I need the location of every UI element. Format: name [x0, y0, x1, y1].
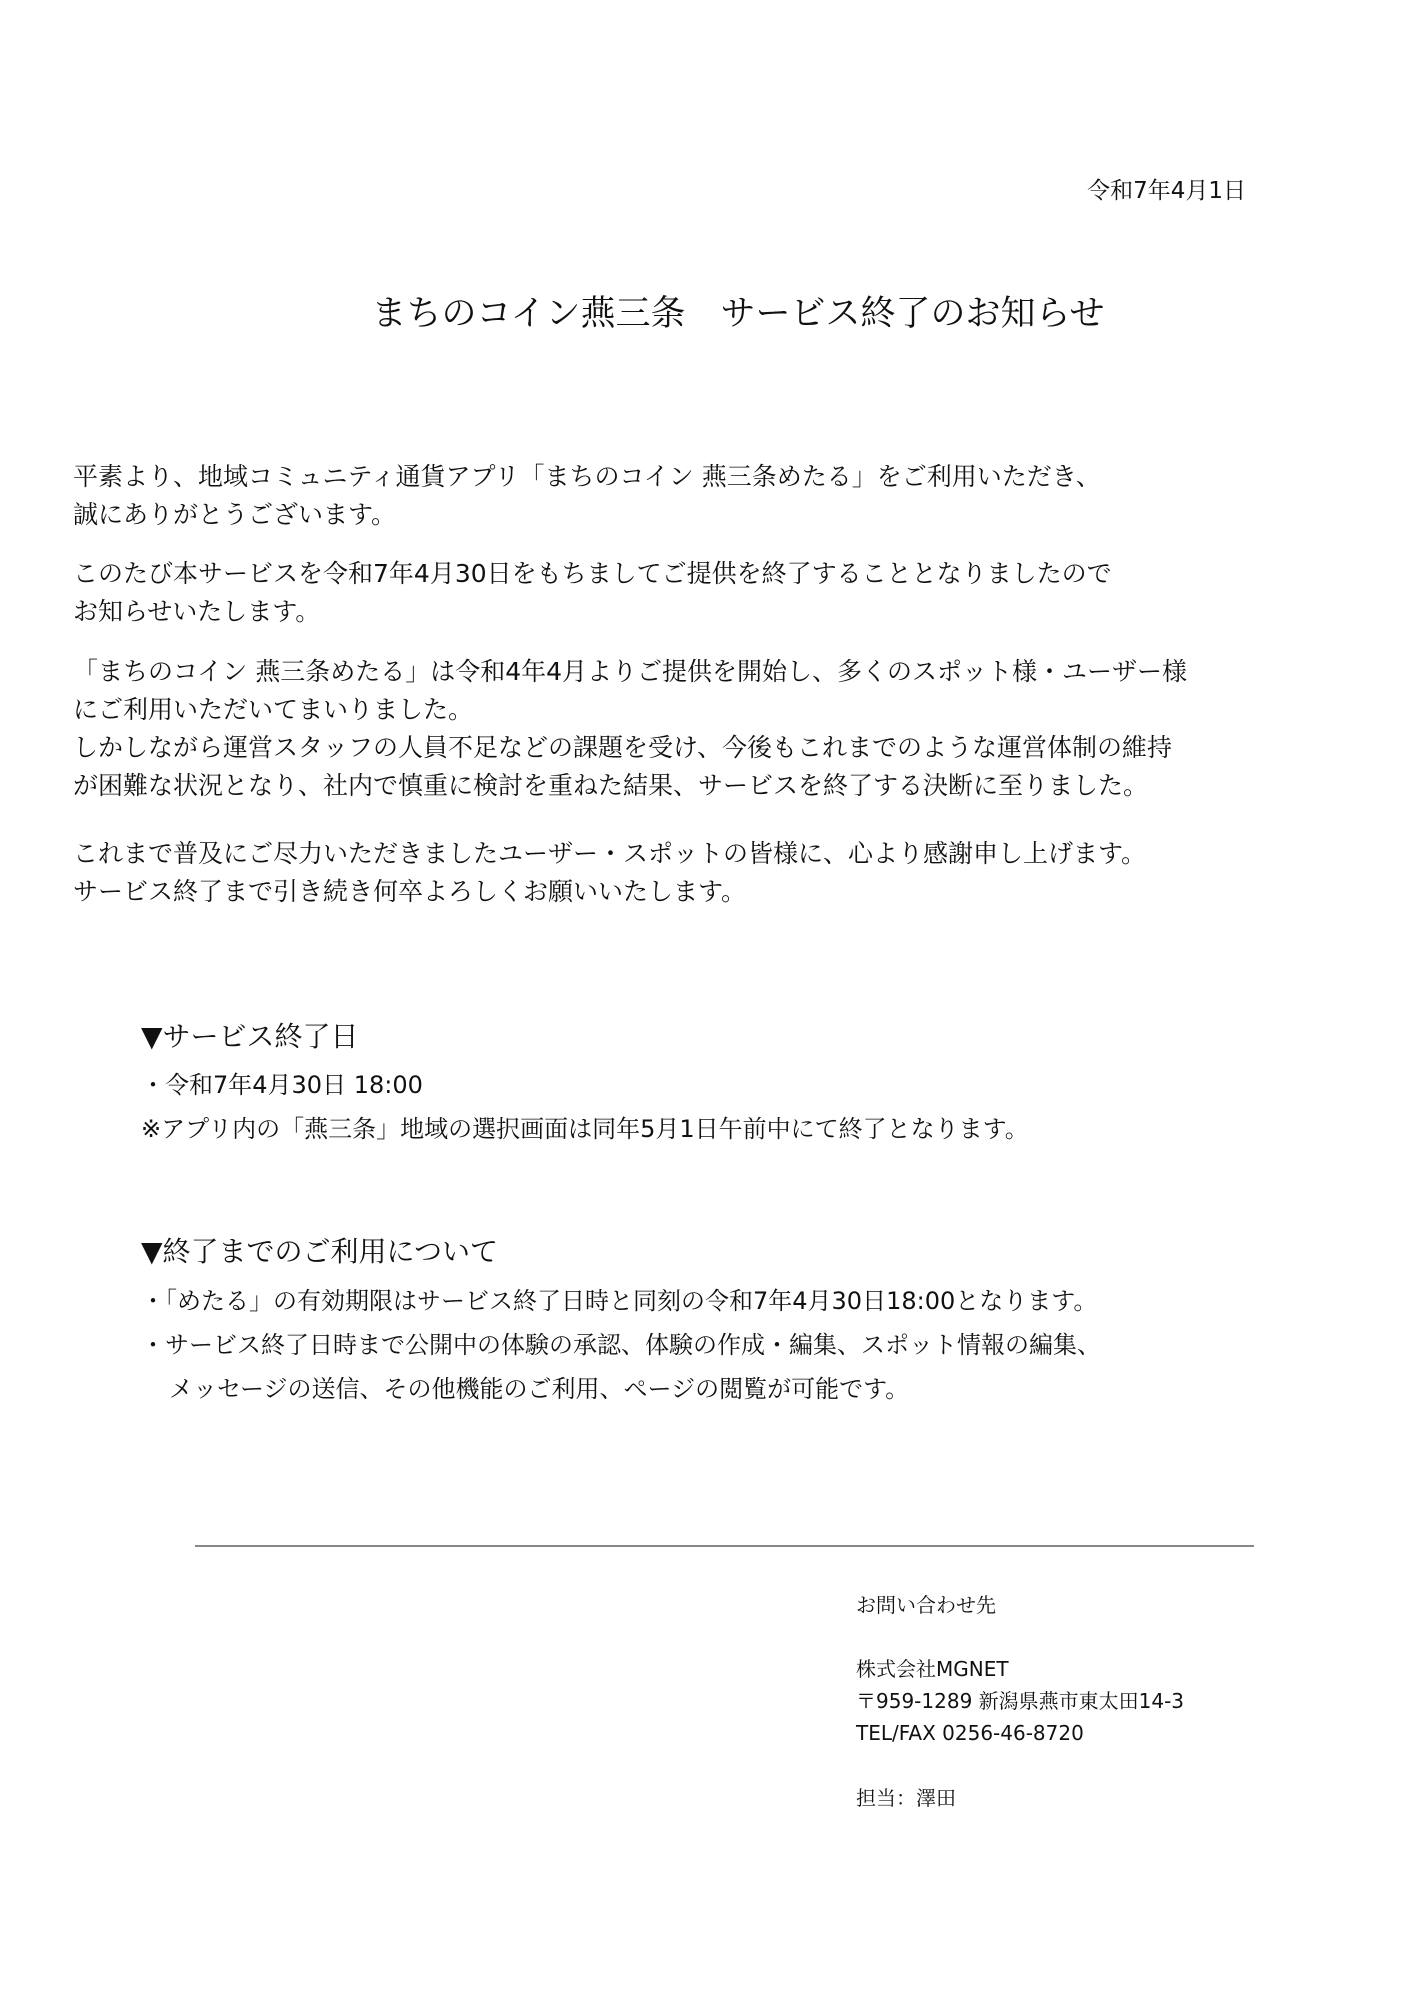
paragraph-reason: 「まちのコイン 燕三条めたる」は令和4年4月よりご提供を開始し、多くのスポット様… — [73, 653, 1187, 805]
paragraph-thanks: これまで普及にご尽力いただきましたユーザー・スポットの皆様に、心より感謝申し上げ… — [73, 835, 1146, 911]
contact-details: 株式会社MGNET 〒959-1289 新潟県燕市東太田14-3 TEL/FAX… — [856, 1653, 1184, 1749]
list-item: ・令和7年4月30日 18:00 — [141, 1063, 1029, 1107]
text-line: が困難な状況となり、社内で慎重に検討を重ねた結果、サービスを終了する決断に至りま… — [73, 767, 1187, 805]
page-title: まちのコイン燕三条 サービス終了のお知らせ — [0, 286, 1410, 336]
text-line: にご利用いただいてまいりました。 — [73, 691, 1187, 729]
text-line: このたび本サービスを令和7年4月30日をもちましてご提供を終了することとなりまし… — [73, 555, 1112, 593]
paragraph-announcement: このたび本サービスを令和7年4月30日をもちましてご提供を終了することとなりまし… — [73, 555, 1112, 631]
document-date: 令和7年4月1日 — [1087, 172, 1246, 205]
list-item: ・サービス終了日時まで公開中の体験の承認、体験の作成・編集、スポット情報の編集、 — [141, 1323, 1101, 1367]
contact-address: 〒959-1289 新潟県燕市東太田14-3 — [856, 1685, 1184, 1717]
contact-tel: TEL/FAX 0256-46-8720 — [856, 1717, 1184, 1749]
section-heading-end-date: ▼サービス終了日 — [141, 1015, 359, 1055]
divider — [195, 1545, 1254, 1547]
text-line: これまで普及にご尽力いただきましたユーザー・スポットの皆様に、心より感謝申し上げ… — [73, 835, 1146, 873]
contact-label: お問い合わせ先 — [856, 1589, 996, 1621]
paragraph-greeting: 平素より、地域コミュニティ通貨アプリ「まちのコイン 燕三条めたる」をご利用いただ… — [73, 458, 1101, 534]
text-line: 誠にありがとうございます。 — [73, 496, 1101, 534]
list-item: ※アプリ内の「燕三条」地域の選択画面は同年5月1日午前中にて終了となります。 — [141, 1107, 1029, 1151]
text-line: サービス終了まで引き続き何卒よろしくお願いいたします。 — [73, 873, 1146, 911]
text-line: お知らせいたします。 — [73, 593, 1112, 631]
text-line: しかしながら運営スタッフの人員不足などの課題を受け、今後もこれまでのような運営体… — [73, 729, 1187, 767]
list-item: メッセージの送信、その他機能のご利用、ページの閲覧が可能です。 — [141, 1367, 1101, 1411]
section-end-date-items: ・令和7年4月30日 18:00 ※アプリ内の「燕三条」地域の選択画面は同年5月… — [141, 1063, 1029, 1151]
contact-person: 担当：澤田 — [856, 1782, 956, 1814]
list-item: ・「めたる」の有効期限はサービス終了日時と同刻の令和7年4月30日18:00とな… — [141, 1279, 1101, 1323]
text-line: 「まちのコイン 燕三条めたる」は令和4年4月よりご提供を開始し、多くのスポット様… — [73, 653, 1187, 691]
section-heading-usage: ▼終了までのご利用について — [141, 1230, 498, 1270]
section-usage-items: ・「めたる」の有効期限はサービス終了日時と同刻の令和7年4月30日18:00とな… — [141, 1279, 1101, 1411]
contact-company: 株式会社MGNET — [856, 1653, 1184, 1685]
text-line: 平素より、地域コミュニティ通貨アプリ「まちのコイン 燕三条めたる」をご利用いただ… — [73, 458, 1101, 496]
